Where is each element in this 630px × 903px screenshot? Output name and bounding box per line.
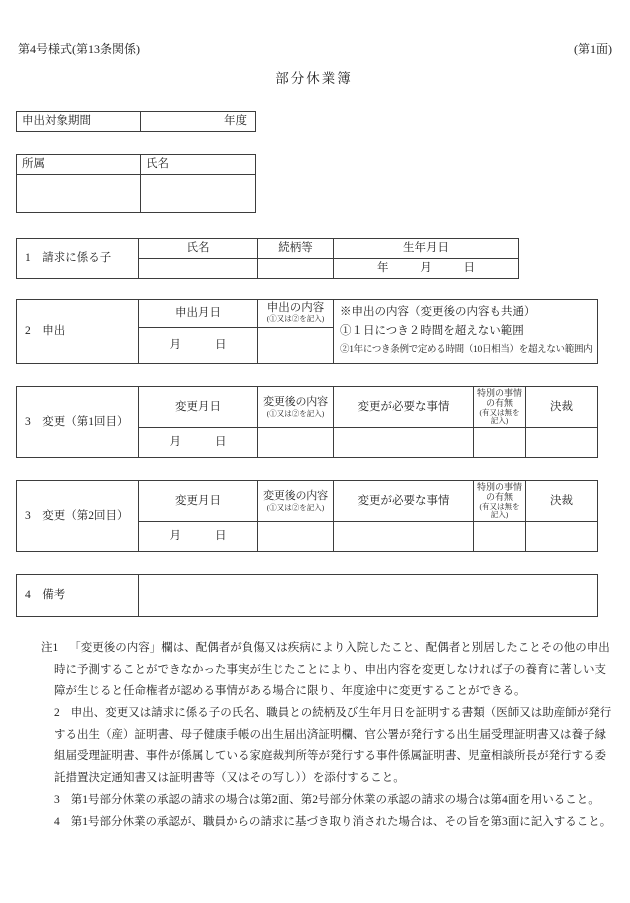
section3-second-label: 3 変更（第2回目） bbox=[17, 480, 139, 551]
affiliation-table: 所属 氏名 bbox=[16, 154, 256, 213]
change-date-header: 変更月日 bbox=[139, 480, 258, 521]
note-body: 申出、変更又は請求に係る子の氏名、職員との続柄及び生年月日を証明する書類（医師又… bbox=[54, 707, 611, 784]
note-item-3: 3第1号部分休業の承認の請求の場合は第2面、第2号部分休業の承認の請求の場合は第… bbox=[54, 790, 612, 812]
note-label: 4 bbox=[54, 816, 60, 828]
note-label: 注1 bbox=[41, 642, 58, 654]
page-marker: (第1面) bbox=[574, 40, 612, 57]
birthdate-header: 生年月日 bbox=[334, 239, 519, 259]
section3-first-label: 3 変更（第1回目） bbox=[17, 387, 139, 458]
special-reason-input-cell bbox=[474, 427, 526, 457]
note-body: 「変更後の内容」欄は、配偶者が負傷又は疾病により入院したこと、配偶者と別居したこ… bbox=[54, 642, 610, 697]
change-content-note: (①又は②を記入) bbox=[263, 504, 328, 512]
name-header-cell: 氏名 bbox=[141, 155, 256, 175]
approval-input-cell bbox=[526, 521, 598, 551]
remark-line-3: ②1年につき条例で定める時間（10日相当）を超えない範囲内 bbox=[340, 341, 591, 360]
day-label: 日 bbox=[215, 435, 227, 449]
note-item-1: 注1「変更後の内容」欄は、配偶者が負傷又は疾病により入院したこと、配偶者と別居し… bbox=[54, 638, 612, 703]
birthdate-input-cell: 年 月 日 bbox=[334, 259, 519, 279]
remark-line-2: ①１日につき２時間を超えない範囲 bbox=[340, 322, 591, 341]
note-body: 第1号部分休業の承認が、職員からの請求に基づき取り消された場合は、その旨を第3面… bbox=[71, 816, 612, 828]
document-page: 第4号様式(第13条関係) (第1面) 部分休業簿 申出対象期間 年度 所属 氏… bbox=[0, 0, 630, 903]
special-reason-header: 特別の事情の有無 bbox=[477, 388, 522, 409]
note-item-2: 2申出、変更又は請求に係る子の氏名、職員との続柄及び生年月日を証明する書類（医師… bbox=[54, 703, 612, 790]
section4-table: 4 備考 bbox=[16, 574, 598, 617]
month-label: 月 bbox=[170, 529, 182, 543]
change-reason-input-cell bbox=[334, 427, 474, 457]
affiliation-header-cell: 所属 bbox=[17, 155, 141, 175]
section1-table: 1 請求に係る子 氏名 続柄等 生年月日 年 月 日 bbox=[16, 238, 519, 279]
change-content-input-cell bbox=[258, 427, 334, 457]
approval-header: 決裁 bbox=[526, 480, 598, 521]
section3-second-table: 3 変更（第2回目） 変更月日 変更後の内容 (①又は②を記入) 変更が必要な事… bbox=[16, 480, 598, 552]
change-content-header-cell: 変更後の内容 (①又は②を記入) bbox=[258, 480, 334, 521]
change-date-input-cell: 月 日 bbox=[139, 427, 258, 457]
section4-label: 4 備考 bbox=[17, 574, 139, 616]
special-reason-header-cell: 特別の事情の有無 (有又は無を記入) bbox=[474, 387, 526, 428]
special-reason-header: 特別の事情の有無 bbox=[477, 482, 522, 503]
request-content-header-cell: 申出の内容 (①又は②を記入) bbox=[258, 300, 334, 328]
section3-first-table: 3 変更（第1回目） 変更月日 変更後の内容 (①又は②を記入) 変更が必要な事… bbox=[16, 386, 598, 458]
child-name-header: 氏名 bbox=[139, 239, 258, 259]
section2-label: 2 申出 bbox=[17, 300, 139, 364]
period-value-cell: 年度 bbox=[141, 112, 256, 132]
section2-table: 2 申出 申出月日 申出の内容 (①又は②を記入) ※申出の内容（変更後の内容も… bbox=[16, 299, 598, 364]
change-reason-header: 変更が必要な事情 bbox=[334, 480, 474, 521]
day-label: 日 bbox=[215, 338, 227, 352]
day-label: 日 bbox=[464, 261, 476, 275]
change-content-input-cell bbox=[258, 521, 334, 551]
special-reason-note: (有又は無を記入) bbox=[477, 409, 522, 426]
doc-header: 第4号様式(第13条関係) (第1面) bbox=[16, 40, 612, 57]
year-label: 年 bbox=[377, 261, 389, 275]
page-title: 部分休業簿 bbox=[16, 67, 612, 87]
approval-header: 決裁 bbox=[526, 387, 598, 428]
change-date-input-cell: 月 日 bbox=[139, 521, 258, 551]
change-content-note: (①又は②を記入) bbox=[263, 410, 328, 418]
change-content-header: 変更後の内容 bbox=[263, 396, 328, 410]
notes-section: 注1「変更後の内容」欄は、配偶者が負傷又は疾病により入院したこと、配偶者と別居し… bbox=[16, 638, 612, 833]
period-table: 申出対象期間 年度 bbox=[16, 111, 256, 132]
note-body: 第1号部分休業の承認の請求の場合は第2面、第2号部分休業の承認の請求の場合は第4… bbox=[71, 794, 600, 806]
note-item-4: 4第1号部分休業の承認が、職員からの請求に基づき取り消された場合は、その旨を第3… bbox=[54, 812, 612, 834]
day-label: 日 bbox=[215, 529, 227, 543]
request-content-input-cell bbox=[258, 327, 334, 363]
relation-input-cell bbox=[258, 259, 334, 279]
request-date-header: 申出月日 bbox=[139, 300, 258, 328]
form-number: 第4号様式(第13条関係) bbox=[18, 40, 140, 57]
child-name-input-cell bbox=[139, 259, 258, 279]
note-label: 2 bbox=[54, 707, 60, 719]
note-label: 3 bbox=[54, 794, 60, 806]
special-reason-header-cell: 特別の事情の有無 (有又は無を記入) bbox=[474, 480, 526, 521]
affiliation-input-cell bbox=[17, 175, 141, 213]
month-label: 月 bbox=[170, 435, 182, 449]
change-content-header-cell: 変更後の内容 (①又は②を記入) bbox=[258, 387, 334, 428]
month-label: 月 bbox=[170, 338, 182, 352]
name-input-cell bbox=[141, 175, 256, 213]
change-content-header: 変更後の内容 bbox=[263, 490, 328, 504]
special-reason-note: (有又は無を記入) bbox=[477, 503, 522, 520]
remark-line-1: ※申出の内容（変更後の内容も共通） bbox=[340, 303, 591, 322]
section1-label: 1 請求に係る子 bbox=[17, 239, 139, 279]
request-date-input-cell: 月 日 bbox=[139, 327, 258, 363]
change-date-header: 変更月日 bbox=[139, 387, 258, 428]
request-remark-cell: ※申出の内容（変更後の内容も共通） ①１日につき２時間を超えない範囲 ②1年につ… bbox=[334, 300, 598, 364]
change-reason-header: 変更が必要な事情 bbox=[334, 387, 474, 428]
remarks-input-cell bbox=[139, 574, 598, 616]
relation-header: 続柄等 bbox=[258, 239, 334, 259]
request-content-note: (①又は②を記入) bbox=[263, 315, 328, 323]
change-reason-input-cell bbox=[334, 521, 474, 551]
special-reason-input-cell bbox=[474, 521, 526, 551]
approval-input-cell bbox=[526, 427, 598, 457]
month-label: 月 bbox=[420, 261, 432, 275]
period-label-cell: 申出対象期間 bbox=[17, 112, 141, 132]
